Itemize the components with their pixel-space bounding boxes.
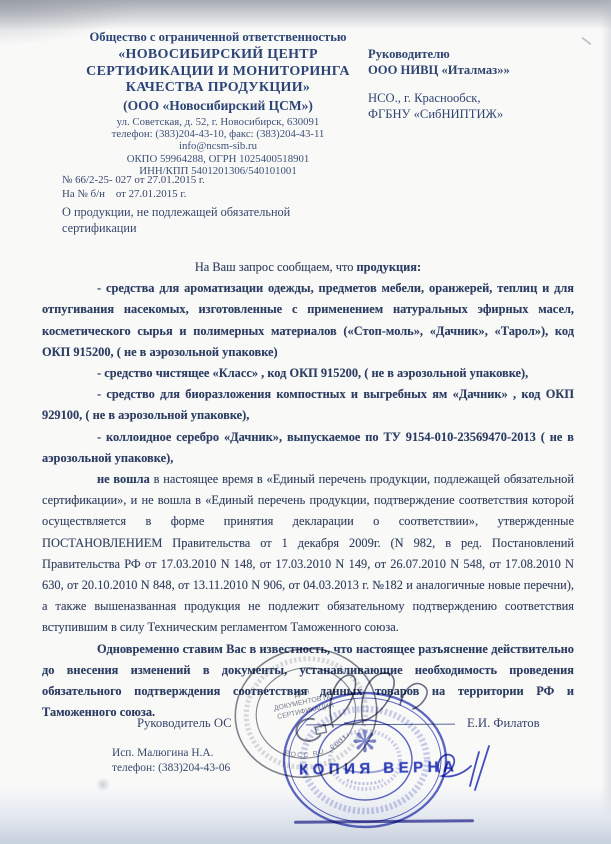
product-item-2: - средство чистящее «Класс» , код ОКП 91… — [42, 363, 574, 384]
letter-subject: О продукции, не подлежащей обязательной … — [62, 205, 317, 237]
signer-role: Руководитель ОС — [137, 716, 232, 731]
svg-text:❋: ❋ — [352, 725, 377, 760]
letterhead: Общество с ограниченной ответственностью… — [40, 30, 396, 178]
scanned-letter-page: Общество с ограниченной ответственностью… — [0, 0, 611, 844]
incoming-number: На № б/н от 27.01.2015 г. — [62, 188, 317, 202]
executor-block: Исп. Малюгина Н.А. телефон: (383)204-43-… — [112, 746, 230, 776]
intro-line: На Ваш запрос сообщаем, что продукция: — [42, 257, 574, 278]
addressee-org: ООО НИВЦ «Италмаз»» — [368, 63, 510, 79]
org-email: info@ncsm-sib.ru — [40, 140, 396, 152]
conclusion-paragraph: не вошла в настоящее время в «Единый пер… — [42, 469, 574, 639]
svg-text:РОСС RU. 0001.: РОСС RU. 0001. — [282, 730, 355, 764]
addressee-city: НСО., г. Краснообск, — [368, 91, 510, 107]
executor-name: Исп. Малюгина Н.А. — [112, 746, 230, 761]
letter-body: На Ваш запрос сообщаем, что продукция: -… — [42, 257, 574, 723]
scan-edge-right — [601, 0, 611, 844]
outgoing-number: № 66/2-25- 027 от 27.01.2015 г. — [62, 174, 317, 188]
addressee-block: Руководителю ООО НИВЦ «Италмаз»» НСО., г… — [368, 47, 510, 122]
org-name-line2: СЕРТИФИКАЦИИ И МОНИТОРИНГА — [40, 64, 396, 81]
copy-verified-stamp: КОПИЯ ВЕРНА — [299, 758, 459, 778]
org-name-line1: «НОВОСИБИРСКИЙ ЦЕНТР — [40, 47, 396, 64]
intro-emphasis: продукция: — [357, 260, 422, 274]
signer-name: Е.И. Филатов — [467, 716, 540, 731]
reference-block: № 66/2-25- 027 от 27.01.2015 г. На № б/н… — [62, 174, 317, 237]
addressee-title: Руководителю — [368, 47, 510, 63]
org-name-line3: КАЧЕСТВА ПРОДУКЦИИ» — [40, 80, 396, 97]
product-item-4: - коллоидное серебро «Дачник», выпускаем… — [42, 427, 574, 469]
org-short-name: (ООО «Новосибирский ЦСМ») — [40, 97, 396, 114]
org-phone-fax: телефон: (383)204-43-10, факс: (383)204-… — [40, 128, 396, 140]
executor-phone: телефон: (383)204-43-06 — [112, 761, 230, 776]
org-okpo-ogrn: ОКПО 59964288, ОГРН 1025400518901 — [40, 153, 396, 165]
org-type: Общество с ограниченной ответственностью — [40, 30, 396, 45]
product-item-3: - средство для биоразложения компостных … — [42, 384, 574, 426]
product-item-1: - средства для ароматизации одежды, пред… — [42, 278, 574, 363]
org-address: ул. Советская, д. 52, г. Новосибирск, 63… — [40, 116, 396, 128]
scan-edge-bottom — [0, 786, 611, 844]
addressee-location: ФГБНУ «СибНИПТИЖ» — [368, 107, 510, 123]
conclusion-rest: в настоящее время в «Единый перечень про… — [42, 472, 574, 634]
signature-line — [306, 724, 455, 726]
seal-emblem-icon: ❋ — [352, 725, 377, 760]
scan-artifact-blob — [95, 778, 111, 791]
cert-stamp-code: РОСС RU. 0001. — [282, 730, 355, 764]
scan-artifact-mark — [582, 37, 592, 45]
intro-text: На Ваш запрос сообщаем, что — [195, 260, 354, 274]
conclusion-lead: не вошла — [97, 472, 150, 486]
notice-paragraph: Одновременно ставим Вас в известность, ч… — [42, 639, 574, 724]
